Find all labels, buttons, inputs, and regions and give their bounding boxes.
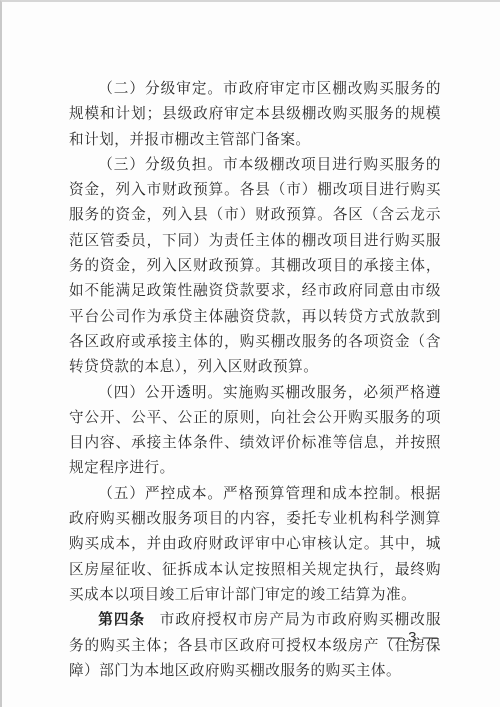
document-page: （二）分级审定。市政府审定市区棚改购买服务的规模和计划；县级政府审定本县级棚改购… <box>0 0 500 707</box>
paragraph-text: 市本级棚改项目进行购买服务的资金，列入市财政预算。各县（市）棚改项目进行购买服务… <box>69 156 441 375</box>
paragraph-transparency: （四）公开透明。实施购买棚改服务，必须严格遵守公开、公平、公正的原则，向社会公开… <box>69 380 441 481</box>
paragraph-heading: （三）分级负担。 <box>98 156 223 173</box>
paragraph-tiered-funding: （三）分级负担。市本级棚改项目进行购买服务的资金，列入市财政预算。各县（市）棚改… <box>69 152 441 380</box>
paragraph-text: 严格预算管理和成本控制。根据政府购买棚改服务项目的内容，委托专业机构科学测算购买… <box>69 485 441 603</box>
article-four: 第四条市政府授权市房产局为市政府购买棚改服务的购买主体；各县市区政府可授权本级房… <box>69 607 441 683</box>
paragraph-heading: （二）分级审定。 <box>98 80 223 97</box>
paragraph-cost-control: （五）严控成本。严格预算管理和成本控制。根据政府购买棚改服务项目的内容，委托专业… <box>69 481 441 607</box>
article-heading: 第四条 <box>98 611 145 628</box>
paragraph-tiered-review: （二）分级审定。市政府审定市区棚改购买服务的规模和计划；县级政府审定本县级棚改购… <box>69 76 441 152</box>
page-number: — 3 — <box>387 629 439 646</box>
paragraph-heading: （五）严控成本。 <box>98 485 223 502</box>
document-body: （二）分级审定。市政府审定市区棚改购买服务的规模和计划；县级政府审定本县级棚改购… <box>69 76 441 683</box>
paragraph-heading: （四）公开透明。 <box>98 384 223 401</box>
